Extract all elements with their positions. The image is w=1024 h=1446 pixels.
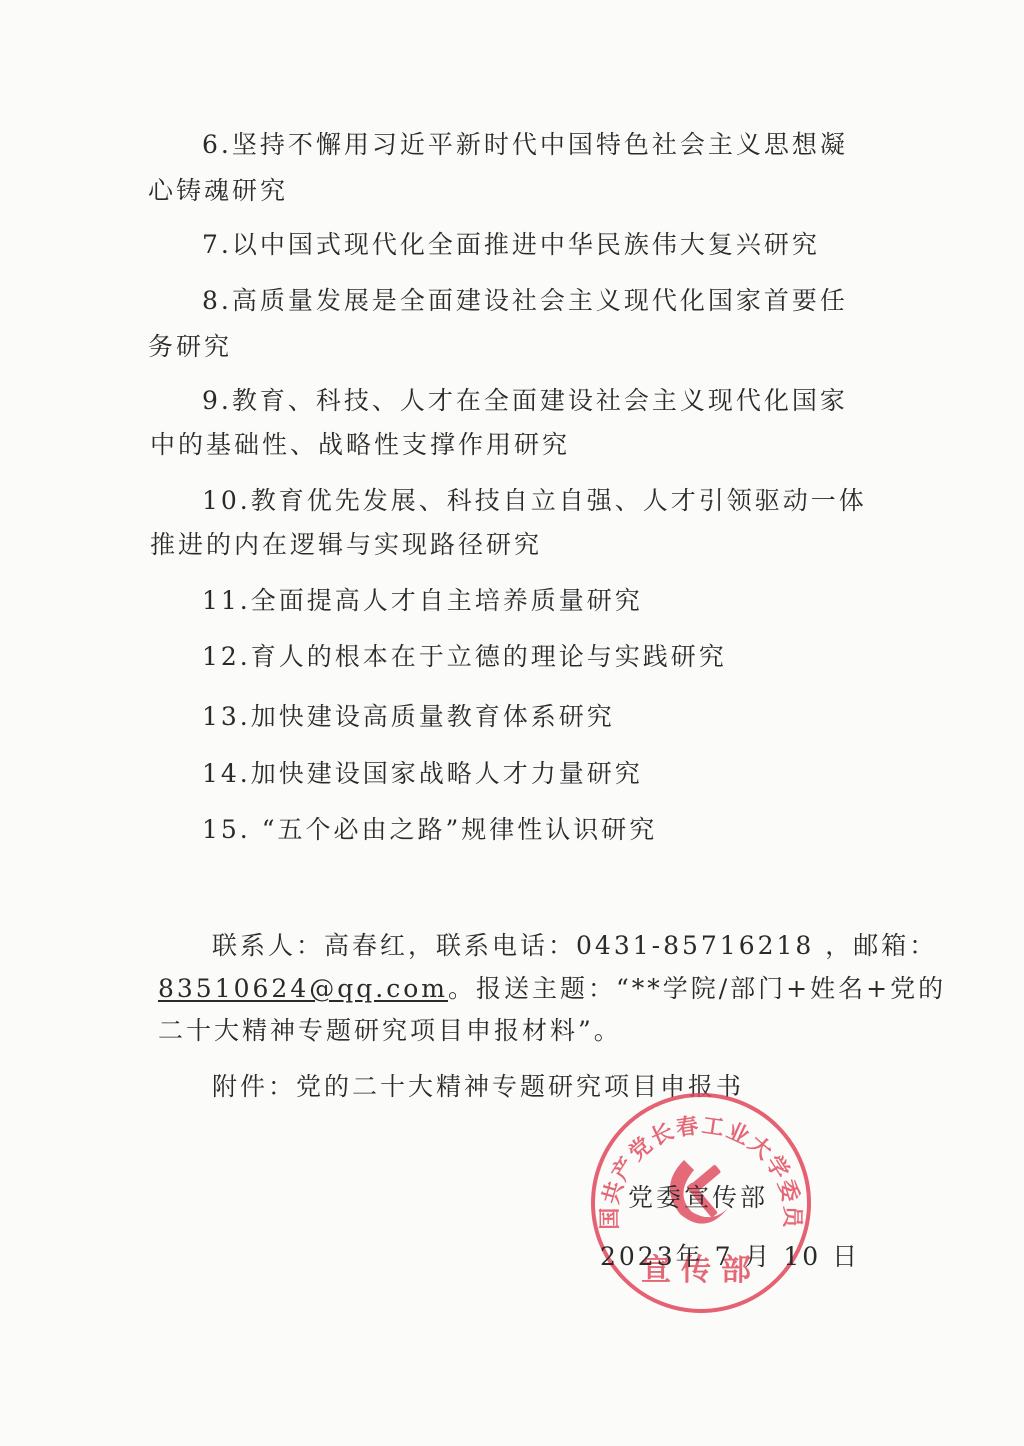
contact-line3: 二十大精神专题研究项目申报材料”。 bbox=[158, 1014, 622, 1048]
item-13: 13.加快建设高质量教育体系研究 bbox=[202, 700, 615, 734]
item-9-line1: 9.教育、科技、人才在全面建设社会主义现代化国家 bbox=[202, 384, 848, 418]
item-10-line2: 推进的内在逻辑与实现路径研究 bbox=[150, 528, 542, 562]
item-7: 7.以中国式现代化全面推进中华民族伟大复兴研究 bbox=[202, 228, 820, 262]
item-14: 14.加快建设国家战略人才力量研究 bbox=[202, 757, 643, 791]
issue-date: 2023年 7 月 10 日 bbox=[600, 1240, 860, 1274]
document-page: 6.坚持不懈用习近平新时代中国特色社会主义思想凝 心铸魂研究 7.以中国式现代化… bbox=[0, 0, 1024, 1446]
item-6-line1: 6.坚持不懈用习近平新时代中国特色社会主义思想凝 bbox=[202, 128, 848, 162]
contact-email-link[interactable]: 83510624@qq.com bbox=[158, 974, 448, 1003]
item-8-line1: 8.高质量发展是全面建设社会主义现代化国家首要任 bbox=[202, 284, 848, 318]
item-12: 12.育人的根本在于立德的理论与实践研究 bbox=[202, 640, 727, 674]
contact-line1: 联系人：高春红，联系电话：0431-85716218 ，邮箱： bbox=[212, 929, 937, 963]
issuer: 党委宣传部 bbox=[628, 1181, 768, 1215]
item-6-line2: 心铸魂研究 bbox=[148, 174, 288, 208]
item-15: 15. “五个必由之路”规律性认识研究 bbox=[202, 813, 657, 847]
item-9-line2: 中的基础性、战略性支撑作用研究 bbox=[150, 428, 570, 462]
item-11: 11.全面提高人才自主培养质量研究 bbox=[202, 584, 643, 618]
item-8-line2: 务研究 bbox=[148, 330, 232, 364]
submission-subject: 。报送主题：“**学院/部门+姓名+党的 bbox=[448, 974, 946, 1003]
contact-line2: 83510624@qq.com。报送主题：“**学院/部门+姓名+党的 bbox=[158, 972, 946, 1006]
item-10-line1: 10.教育优先发展、科技自立自强、人才引领驱动一体 bbox=[202, 484, 867, 518]
